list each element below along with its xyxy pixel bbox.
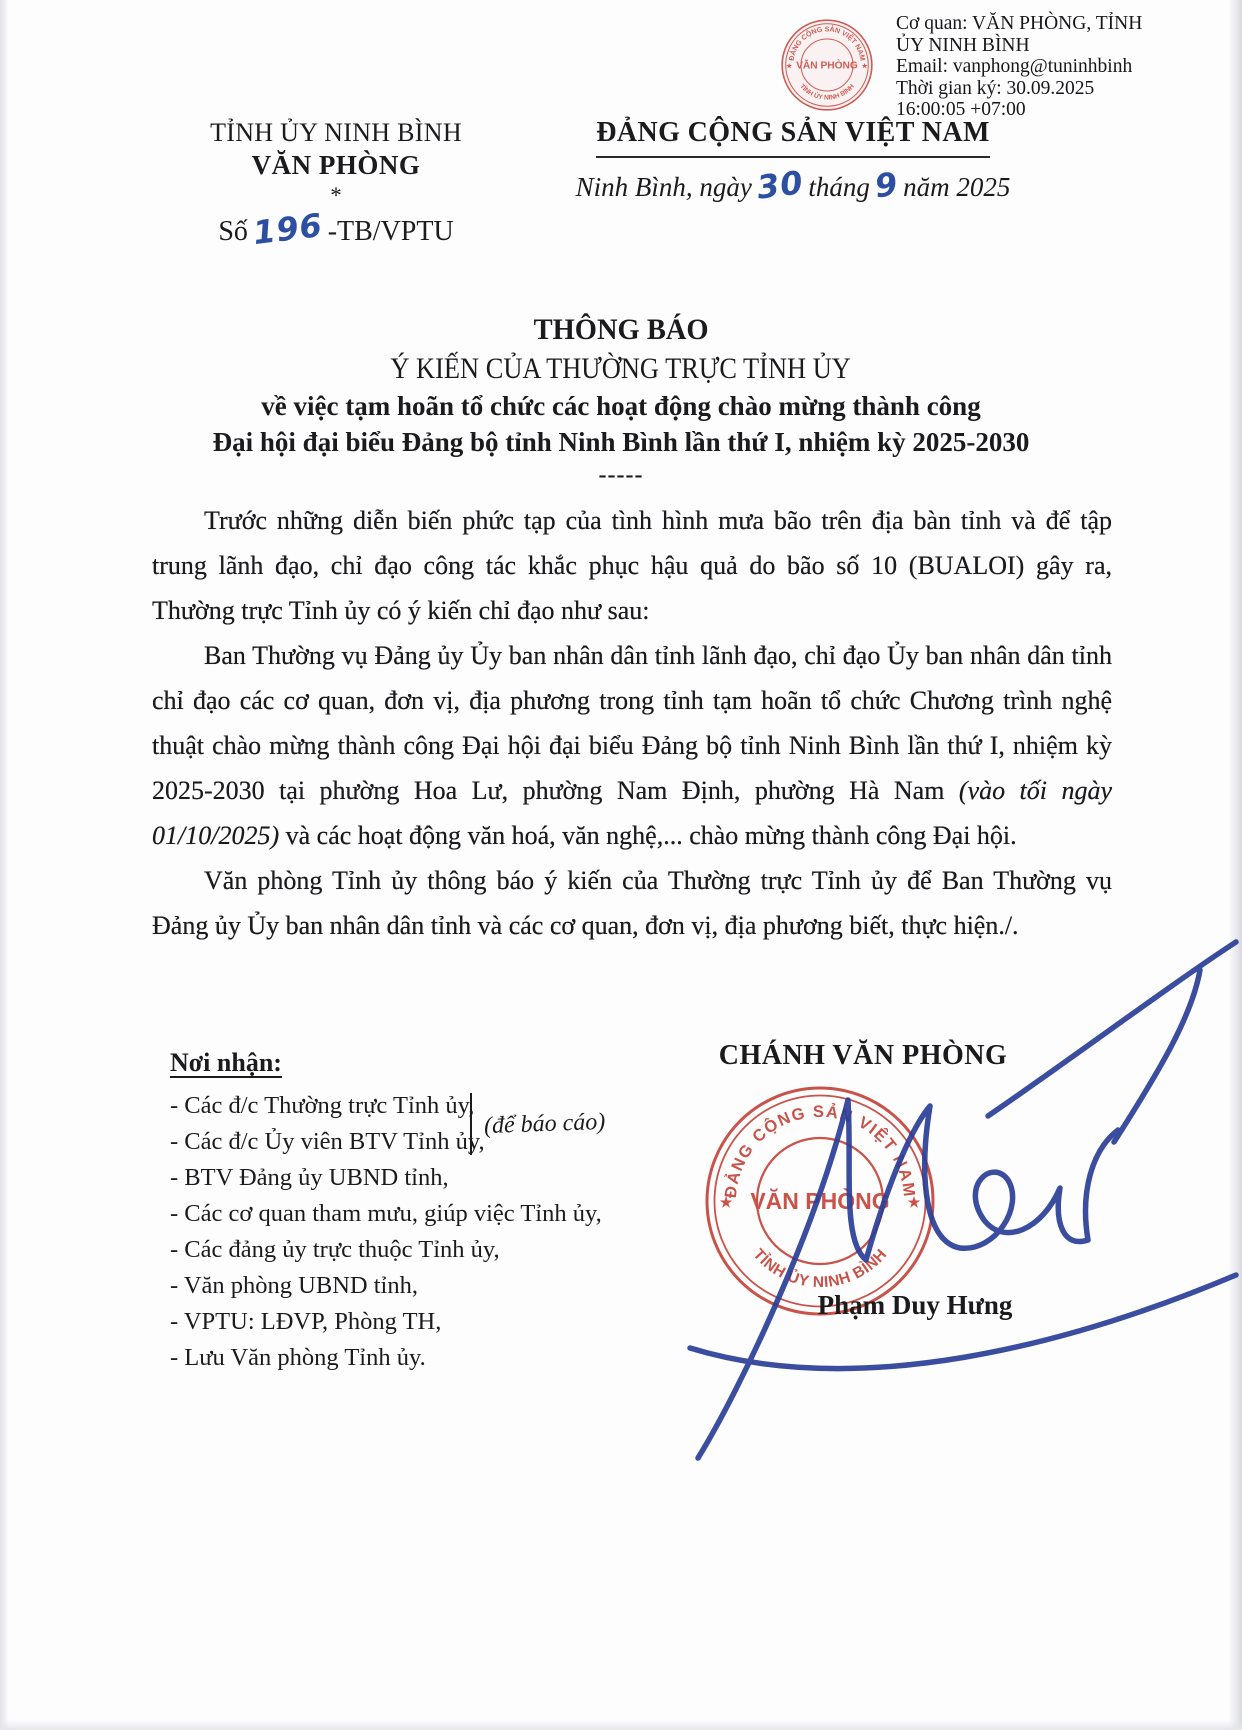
scan-edge-left (0, 0, 9, 1730)
digital-signature-block: Cơ quan: VĂN PHÒNG, TỈNH ỦY NINH BÌNH Em… (896, 13, 1156, 121)
signer-name: Phạm Duy Hưng (745, 1290, 1085, 1321)
recipient-item: - Các đ/c Thường trực Tỉnh ủy, (170, 1088, 466, 1124)
recipient-item: - Văn phòng UBND tỉnh, (170, 1268, 690, 1304)
corner-stamp-center: VĂN PHÒNG (796, 59, 858, 72)
document-type: THÔNG BÁO (533, 310, 708, 350)
title-separator: ----- (121, 460, 1121, 490)
esign-agency-line2: ỦY NINH BÌNH (896, 35, 1156, 57)
scan-edge-bottom (0, 1720, 1242, 1730)
place-date-line: Ninh Bình, ngày30tháng9năm 2025 (548, 169, 1038, 203)
handwritten-signature (640, 930, 1240, 1470)
org-parent-name: TỈNH ỦY NINH BÌNH (198, 116, 474, 149)
document-body: Trước những diễn biến phức tạp của tình … (152, 498, 1112, 948)
issuing-org-block: TỈNH ỦY NINH BÌNH VĂN PHÒNG * Số196-TB/V… (198, 116, 474, 251)
esign-agency-line1: Cơ quan: VĂN PHÒNG, TỈNH (896, 13, 1156, 35)
recipient-item: - Các đảng ủy trực thuộc Tỉnh ủy, (170, 1232, 690, 1268)
document-number-line: Số196-TB/VPTU (198, 213, 474, 251)
national-header-block: ĐẢNG CỘNG SẢN VIỆT NAM Ninh Bình, ngày30… (548, 116, 1038, 203)
document-page: Cơ quan: VĂN PHÒNG, TỈNH ỦY NINH BÌNH Em… (0, 0, 1242, 1730)
signature-main-stroke (698, 1100, 1118, 1458)
recipient-item: - BTV Đảng ủy UBND tỉnh, (170, 1160, 690, 1196)
corner-stamp-star-right-icon: ★ (862, 62, 869, 70)
date-suffix: năm 2025 (903, 172, 1010, 202)
corner-stamp-star-left-icon: ★ (786, 62, 793, 70)
org-name: VĂN PHÒNG (198, 149, 474, 182)
doc-no-suffix: -TB/VPTU (328, 216, 454, 247)
doc-no-handwritten: 196 (251, 209, 324, 249)
date-day-handwritten: 30 (755, 166, 805, 203)
party-motto: ĐẢNG CỘNG SẢN VIỆT NAM (596, 116, 990, 158)
document-about-line1: về việc tạm hoãn tổ chức các hoạt động c… (121, 388, 1121, 424)
date-month-handwritten: 9 (873, 168, 900, 203)
recipients-bracket-group: - Các đ/c Thường trực Tỉnh ủy, - Các đ/c… (170, 1088, 690, 1160)
body-paragraph-2-end: và các hoạt động văn hoá, văn nghệ,... c… (279, 821, 1017, 850)
recipients-bracket-items: - Các đ/c Thường trực Tỉnh ủy, - Các đ/c… (170, 1088, 466, 1160)
date-mid: tháng (808, 172, 870, 202)
doc-no-prefix: Số (218, 216, 248, 247)
recipient-item: - Lưu Văn phòng Tỉnh ủy. (170, 1340, 690, 1376)
body-paragraph-2: Ban Thường vụ Đảng ủy Ủy ban nhân dân tỉ… (152, 633, 1112, 858)
recipients-heading: Nơi nhận: (170, 1046, 690, 1080)
recipient-item: - Các cơ quan tham mưu, giúp việc Tỉnh ủ… (170, 1196, 690, 1232)
date-prefix: Ninh Bình, ngày (576, 172, 752, 202)
recipients-bracket-note: (để báo cáo) (484, 1108, 606, 1139)
recipients-block: Nơi nhận: - Các đ/c Thường trực Tỉnh ủy,… (170, 1046, 690, 1376)
document-subject: Ý KIẾN CỦA THƯỜNG TRỰC TỈNH ỦY (391, 350, 851, 388)
recipient-item: - VPTU: LĐVP, Phòng TH, (170, 1304, 690, 1340)
body-paragraph-1: Trước những diễn biến phức tạp của tình … (152, 498, 1112, 633)
document-title-block: THÔNG BÁO Ý KIẾN CỦA THƯỜNG TRỰC TỈNH ỦY… (121, 310, 1121, 490)
scan-edge-right (1228, 0, 1242, 1730)
esign-email: Email: vanphong@tuninhbinh (896, 56, 1156, 78)
esign-sign-time: Thời gian ký: 30.09.2025 (896, 78, 1156, 100)
recipient-item: - Các đ/c Ủy viên BTV Tỉnh ủy, (170, 1124, 466, 1160)
recipients-bracket-line (470, 1093, 472, 1155)
corner-office-stamp-icon: ĐẢNG CỘNG SẢN VIỆT NAM TỈNH ỦY NINH BÌNH… (774, 12, 880, 118)
org-star-separator: * (198, 182, 474, 209)
document-about-line2: Đại hội đại biểu Đảng bộ tỉnh Ninh Bình … (121, 424, 1121, 460)
